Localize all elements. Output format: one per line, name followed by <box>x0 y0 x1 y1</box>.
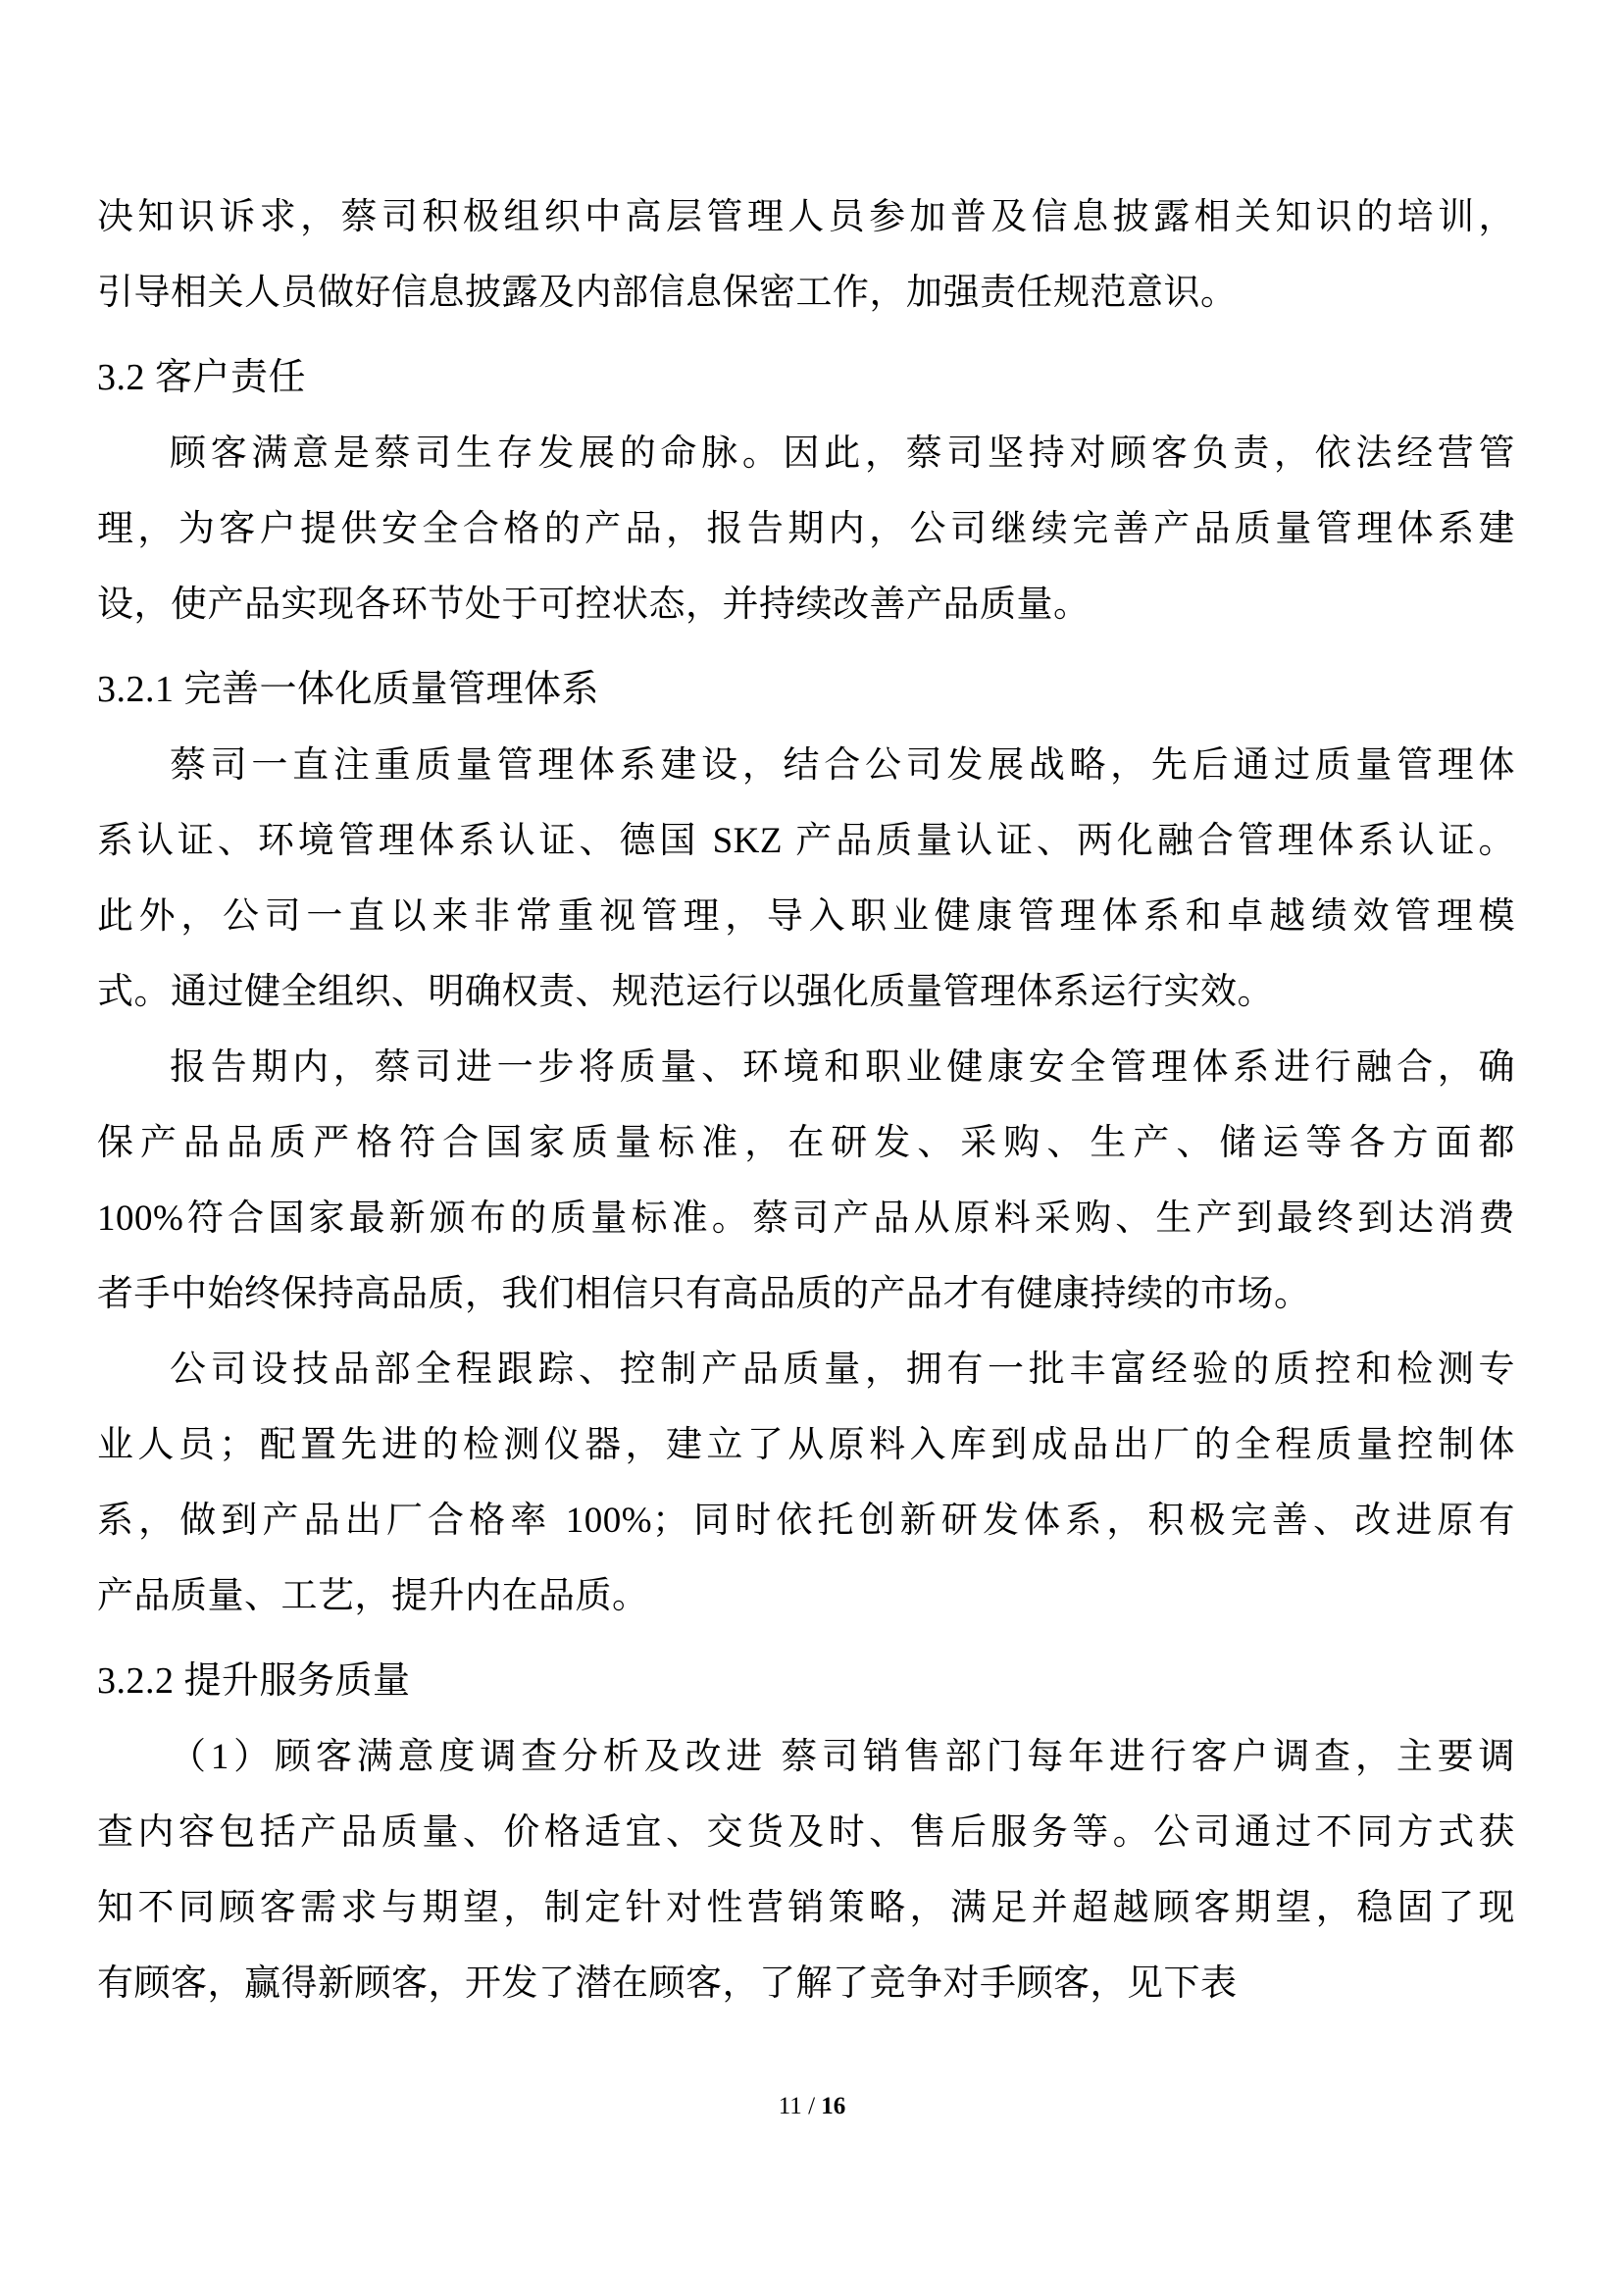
text-line: 查内容包括产品质量、价格适宜、交货及时、售后服务等。公司通过不同方式获 <box>97 1795 1515 1870</box>
text-line: 理，为客户提供安全合格的产品，报告期内，公司继续完善产品质量管理体系建 <box>97 491 1515 567</box>
text-line: 式。通过健全组织、明确权责、规范运行以强化质量管理体系运行实效。 <box>97 954 1515 1030</box>
text-line: 引导相关人员做好信息披露及内部信息保密工作，加强责任规范意识。 <box>97 255 1515 331</box>
text-line: 者手中始终保持高品质，我们相信只有高品质的产品才有健康持续的市场。 <box>97 1256 1515 1332</box>
text-line: 决知识诉求，蔡司积极组织中高层管理人员参加普及信息披露相关知识的培训， <box>97 179 1515 255</box>
section-heading-3-2: 3.2 客户责任 <box>97 340 1515 416</box>
text-line: 知不同顾客需求与期望，制定针对性营销策略，满足并超越顾客期望，稳固了现 <box>97 1870 1515 1946</box>
text-line: 系，做到产品出厂合格率 100%；同时依托创新研发体系，积极完善、改进原有 <box>97 1483 1515 1558</box>
text-line: 蔡司一直注重质量管理体系建设，结合公司发展战略，先后通过质量管理体 <box>97 728 1515 803</box>
section-heading-3-2-2: 3.2.2 提升服务质量 <box>97 1644 1515 1719</box>
text-line: 保产品品质严格符合国家质量标准，在研发、采购、生产、储运等各方面都 <box>97 1105 1515 1181</box>
text-line: 顾客满意是蔡司生存发展的命脉。因此，蔡司坚持对顾客负责，依法经营管 <box>97 416 1515 491</box>
text-line: 产品质量、工艺，提升内在品质。 <box>97 1558 1515 1634</box>
text-line: 报告期内，蔡司进一步将质量、环境和职业健康安全管理体系进行融合，确 <box>97 1030 1515 1105</box>
document-page: 决知识诉求，蔡司积极组织中高层管理人员参加普及信息披露相关知识的培训， 引导相关… <box>0 0 1624 2294</box>
page-footer: 11 / 16 <box>0 2087 1624 2126</box>
text-line: 设，使产品实现各环节处于可控状态，并持续改善产品质量。 <box>97 567 1515 642</box>
text-line: 系认证、环境管理体系认证、德国 SKZ 产品质量认证、两化融合管理体系认证。 <box>97 803 1515 879</box>
page-number-current: 11 <box>779 2093 802 2119</box>
section-heading-3-2-1: 3.2.1 完善一体化质量管理体系 <box>97 652 1515 728</box>
page-number-separator: / <box>802 2093 821 2119</box>
text-line: （1）顾客满意度调查分析及改进 蔡司销售部门每年进行客户调查，主要调 <box>97 1719 1515 1795</box>
document-body: 决知识诉求，蔡司积极组织中高层管理人员参加普及信息披露相关知识的培训， 引导相关… <box>97 179 1515 2021</box>
text-line: 业人员；配置先进的检测仪器，建立了从原料入库到成品出厂的全程质量控制体 <box>97 1407 1515 1483</box>
text-line: 有顾客，赢得新顾客，开发了潜在顾客，了解了竞争对手顾客，见下表 <box>97 1946 1515 2021</box>
text-line: 100%符合国家最新颁布的质量标准。蔡司产品从原料采购、生产到最终到达消费 <box>97 1181 1515 1256</box>
page-number-total: 16 <box>821 2093 845 2119</box>
text-line: 公司设技品部全程跟踪、控制产品质量，拥有一批丰富经验的质控和检测专 <box>97 1332 1515 1407</box>
text-line: 此外，公司一直以来非常重视管理，导入职业健康管理体系和卓越绩效管理模 <box>97 879 1515 954</box>
